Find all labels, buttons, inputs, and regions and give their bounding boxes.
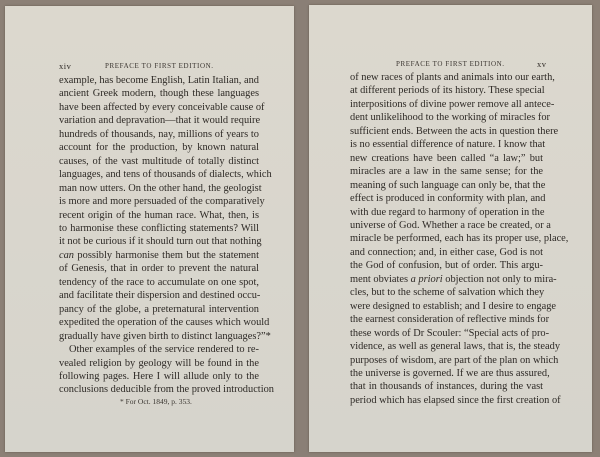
text-line: recent origin of the human race. What, t… [59, 209, 259, 222]
text-line: of Genesis, that in order to prevent the… [59, 262, 259, 275]
text-line: with due regard to harmony of operation … [350, 206, 543, 219]
text-line: purposes of wisdom, are part of the plan… [350, 354, 543, 367]
text-line: and facilitate their dispersion and dest… [59, 289, 259, 302]
text-line: can possibly harmonise them but the stat… [59, 249, 259, 262]
running-head: PREFACE TO FIRST EDITION. [396, 60, 505, 68]
text-line: to harmonise these conflicting statement… [59, 222, 259, 235]
text-line: is more and more persuaded of the compar… [59, 195, 259, 208]
italic-word: can [59, 250, 74, 261]
text-line: Other examples of the service rendered t… [59, 343, 259, 356]
text-line: at different periods of its history. The… [350, 84, 543, 97]
text-line: effect is produced in conformity with pl… [350, 192, 543, 205]
text-line: have been affected by every conceivable … [59, 101, 259, 114]
text-line: dent unlikelihood to the working of mira… [350, 111, 543, 124]
text-line: the earnest consideration of reflective … [350, 313, 543, 326]
italic-phrase: a priori [411, 274, 443, 285]
text-line: and connection; and, in either case, God… [350, 246, 543, 259]
left-page: xiv PREFACE TO FIRST EDITION. example, h… [5, 6, 294, 452]
text-line: the God of confusion, but of order. This… [350, 259, 543, 272]
text-line: sufficient ends. Between the acts in que… [350, 125, 543, 138]
text-line: variation and depravation—that it would … [59, 114, 259, 127]
running-head: PREFACE TO FIRST EDITION. [105, 62, 214, 70]
text-fragment: ment obviates [350, 274, 411, 285]
text-line: universe of God. Whether a race be creat… [350, 219, 543, 232]
text-line: following pages. Here I will allude only… [59, 370, 259, 383]
text-line: period which has elapsed since the first… [350, 394, 543, 407]
text-line: hundreds of thousands, nay, millions of … [59, 128, 259, 141]
text-line: account for the production, by known nat… [59, 141, 259, 154]
text-line: ment obviates a priori objection not onl… [350, 273, 543, 286]
text-line: vealed religion by geology will be found… [59, 357, 259, 370]
book-gutter [294, 0, 309, 457]
text-line: that in thousands of instances, during t… [350, 380, 543, 393]
page-number: xv [537, 59, 547, 69]
text-line: cles, but to the scheme of salvation whi… [350, 286, 543, 299]
text-line: the universe is governed. If we are thus… [350, 367, 543, 380]
text-line: new creations have been called “a law;” … [350, 152, 543, 165]
text-line: expedited the operation of the causes wh… [59, 316, 259, 329]
text-line: vidence, as well as general laws, that i… [350, 340, 543, 353]
text-line: miracles are a law in the same sense; fo… [350, 165, 543, 178]
text-line: gradually have given birth to distinct l… [59, 330, 259, 343]
page-body: of new races of plants and animals into … [350, 71, 543, 407]
text-line: meaning of such language can only be, th… [350, 179, 543, 192]
text-line: these words of Dr Scouler: “Special acts… [350, 327, 543, 340]
text-line: causes, of the vast multitude of totally… [59, 155, 259, 168]
text-line: is no essential difference of nature. I … [350, 138, 543, 151]
text-line: ancient Greek modern, though these langu… [59, 87, 259, 100]
text-fragment: possibly harmonise them but the statemen… [74, 250, 259, 261]
right-page: PREFACE TO FIRST EDITION. xv of new race… [309, 5, 592, 452]
page-number: xiv [59, 61, 71, 71]
text-line: of new races of plants and animals into … [350, 71, 543, 84]
text-line: miracle be performed, each has its prope… [350, 232, 543, 245]
text-line: conclusions deducible from the proved in… [59, 383, 259, 396]
text-fragment: objection not only to mira- [443, 274, 557, 285]
text-line: pancy of the globe, a preternatural inte… [59, 303, 259, 316]
text-line: interpositions of divine power remove al… [350, 98, 543, 111]
text-line: man now utters. On the other hand, the g… [59, 182, 259, 195]
text-line: tendency of the race to accumulate on on… [59, 276, 259, 289]
footnote: * For Oct. 1849, p. 353. [120, 397, 192, 406]
text-line: example, has become English, Latin Itali… [59, 74, 259, 87]
text-line: were designed to establish; and I desire… [350, 300, 543, 313]
page-body: example, has become English, Latin Itali… [59, 74, 259, 397]
text-line: languages, and tens of thousands of dial… [59, 168, 259, 181]
text-line: it not be curious if it should turn out … [59, 235, 259, 248]
